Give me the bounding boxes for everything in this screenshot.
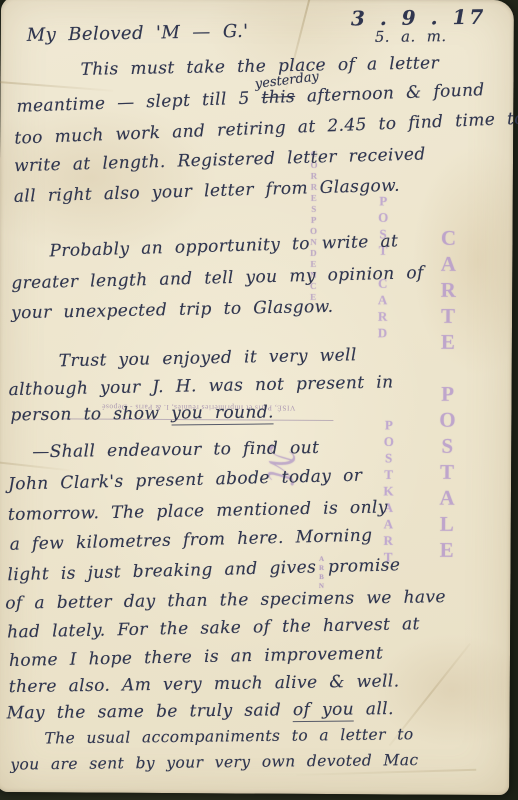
salutation: My Beloved 'M — G.': [27, 21, 249, 46]
handwriting-line-17: of a better day than the specimens we ha…: [5, 589, 446, 613]
handwriting-line-15: a few kilometres from here. Morning: [10, 528, 373, 554]
handwriting-line-19: home I hope there is an improvement: [9, 645, 384, 670]
handwriting-line-1: This must take the place of a letter: [80, 55, 439, 79]
handwriting-line-21: May the same be truly said of you all.: [7, 701, 394, 722]
handwriting-line-6: Probably an opportunity to write at: [49, 233, 398, 260]
paper-crease: [0, 81, 113, 92]
handwriting-line-12: —Shall endeavour to find out: [32, 440, 319, 461]
handwriting-line-11: person to show you round.: [10, 404, 274, 424]
handwriting-line-22: The usual accompaniments to a letter to: [44, 727, 413, 747]
handwriting-line-8: your unexpected trip to Glasgow.: [11, 299, 334, 322]
handwriting-line-20: there also. Am very much alive & well.: [9, 673, 400, 696]
handwriting-line-14: tomorrow. The place mentioned is only: [8, 499, 388, 524]
handwritten-time: 5. a. m.: [375, 27, 447, 46]
carte-postale-stamp: CARTE POSTALE: [434, 226, 461, 516]
postcard-photo: CORRESPONDENCE POST CARD POSTKAART CARTE…: [0, 0, 518, 800]
handwriting-line-10: although your J. H. was not present in: [8, 374, 393, 399]
handwriting-line-2: meantime — slept till 5 thisyesterday af…: [16, 82, 485, 116]
handwriting-line-16: light is just breaking and gives promise: [7, 557, 400, 584]
handwriting-line-23: you are sent by your very own devoted Ma…: [10, 753, 418, 773]
handwriting-line-7: greater length and tell you my opinion o…: [11, 265, 424, 292]
handwriting-line-5: all right also your letter from Glasgow.: [14, 178, 400, 206]
handwriting-line-4: write at length. Registered letter recei…: [14, 146, 426, 175]
postkaart-stamp: POSTKAART: [380, 417, 397, 549]
postcard-paper: CORRESPONDENCE POST CARD POSTKAART CARTE…: [0, 0, 514, 795]
handwriting-line-13: John Clark's present abode today or: [8, 468, 363, 494]
handwriting-line-9: Trust you enjoyed it very well: [59, 347, 357, 370]
paper-crease: [0, 461, 70, 471]
handwriting-line-18: had lately. For the sake of the harvest …: [7, 616, 420, 641]
handwriting-line-3: too much work and retiring at 2.45 to fi…: [14, 111, 518, 148]
